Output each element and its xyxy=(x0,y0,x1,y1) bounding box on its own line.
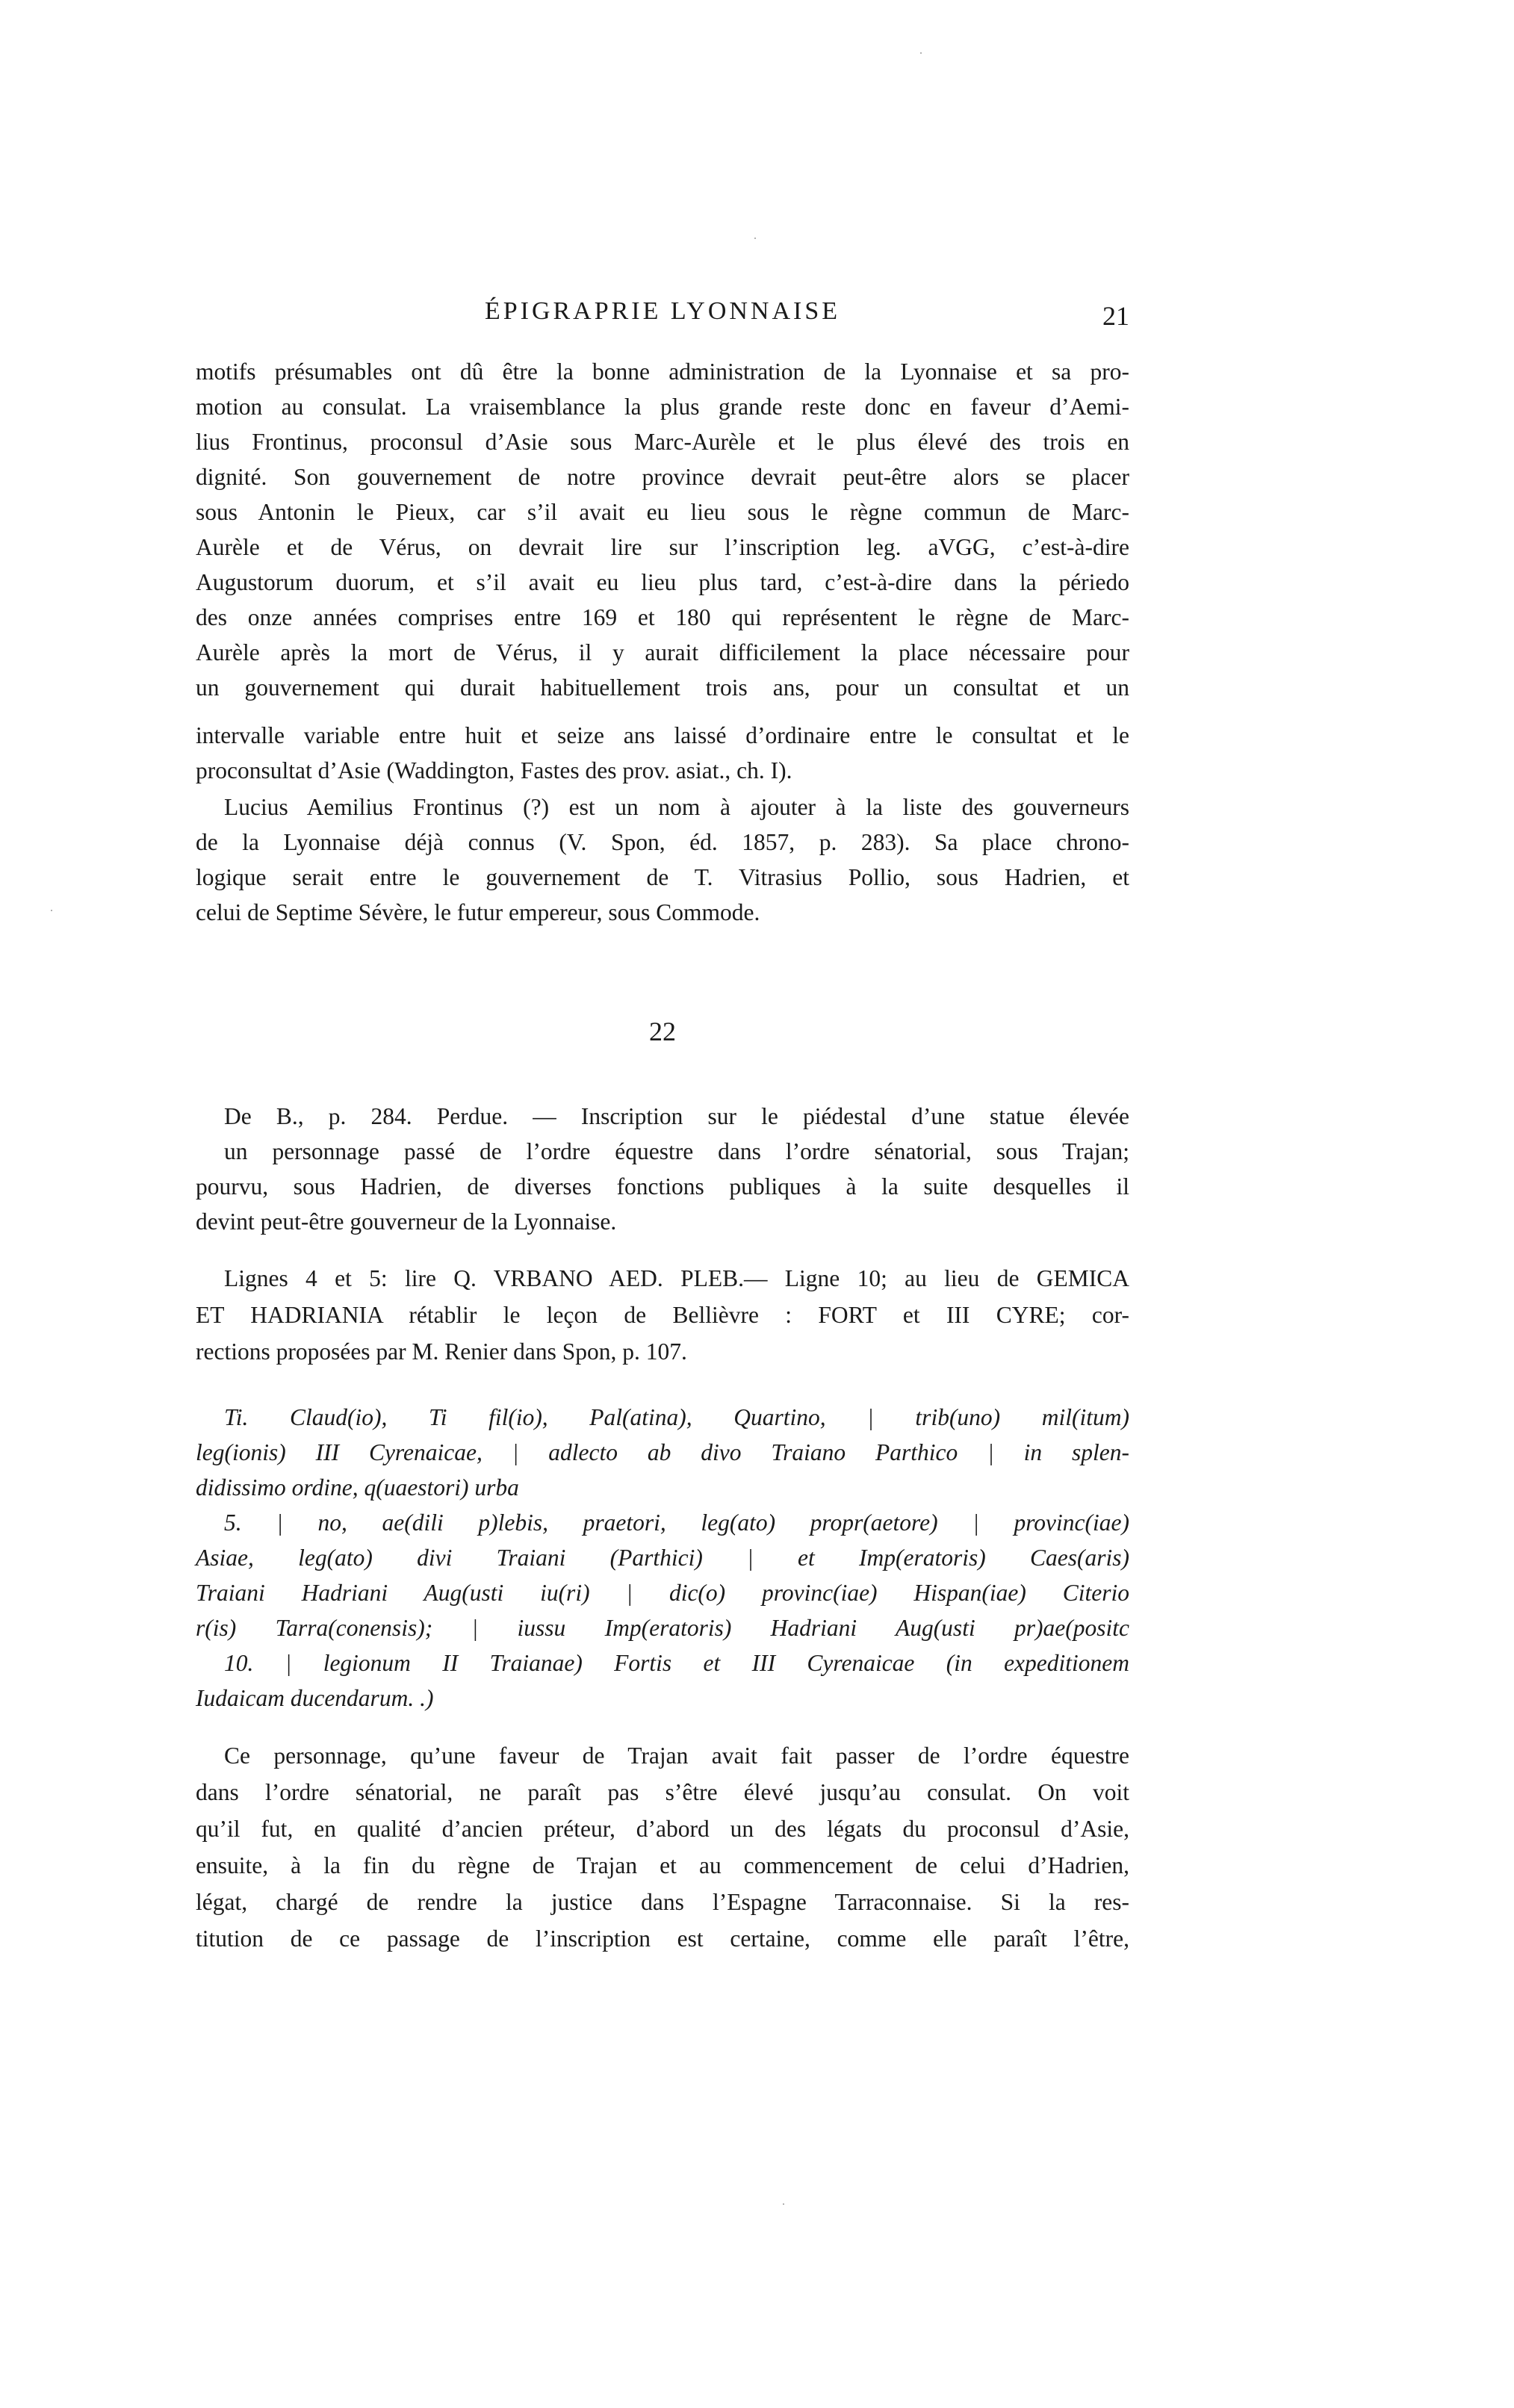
text-line: un gouvernement qui durait habituellemen… xyxy=(196,673,1129,703)
text-line: ensuite, à la fin du règne de Trajan et … xyxy=(196,1851,1129,1881)
text-line: titution de ce passage de l’inscription … xyxy=(196,1924,1129,1954)
page-header: ÉPIGRAPRIE LYONNAISE 21 xyxy=(196,297,1129,335)
text-line: des onze années comprises entre 169 et 1… xyxy=(196,603,1129,633)
inscription-line: Asiae, leg(ato) divi Traiani (Parthici) … xyxy=(196,1543,1129,1573)
inscription-line: Iudaicam ducendarum. .) xyxy=(196,1684,1129,1713)
entry-number: 22 xyxy=(196,1016,1129,1047)
text-line: dignité. Son gouvernement de notre provi… xyxy=(196,462,1129,492)
scan-speck xyxy=(783,2203,784,2205)
inscription-line: Ti. Claud(io), Ti fil(io), Pal(atina), Q… xyxy=(224,1403,1129,1433)
text-line: un personnage passé de l’ordre équestre … xyxy=(224,1137,1129,1167)
scan-speck xyxy=(754,238,756,239)
text-line: De B., p. 284. Perdue. — Inscription sur… xyxy=(224,1102,1129,1132)
running-title: ÉPIGRAPRIE LYONNAISE xyxy=(196,297,1129,326)
text-line: intervalle variable entre huit et seize … xyxy=(196,721,1129,751)
text-line: dans l’ordre sénatorial, ne paraît pas s… xyxy=(196,1778,1129,1807)
text-line: ET HADRIANIA rétablir le leçon de Belliè… xyxy=(196,1300,1129,1330)
text-line: lius Frontinus, proconsul d’Asie sous Ma… xyxy=(196,427,1129,457)
text-line: motion au consulat. La vraisemblance la … xyxy=(196,392,1129,422)
inscription-line: 5. | no, ae(dili p)lebis, praetori, leg(… xyxy=(224,1508,1129,1538)
page-number: 21 xyxy=(1102,300,1129,332)
text-line: pourvu, sous Hadrien, de diverses foncti… xyxy=(196,1172,1129,1202)
text-line: sous Antonin le Pieux, car s’il avait eu… xyxy=(196,497,1129,527)
text-line: légat, chargé de rendre la justice dans … xyxy=(196,1887,1129,1917)
text-line: Lucius Aemilius Frontinus (?) est un nom… xyxy=(224,792,1129,822)
inscription-line: leg(ionis) III Cyrenaicae, | adlecto ab … xyxy=(196,1438,1129,1468)
text-line: Aurèle après la mort de Vérus, il y aura… xyxy=(196,638,1129,668)
inscription-line: 10. | legionum II Traianae) Fortis et II… xyxy=(224,1648,1129,1678)
scan-speck xyxy=(920,52,922,54)
inscription-line: Traiani Hadriani Aug(usti iu(ri) | dic(o… xyxy=(196,1578,1129,1608)
text-line: celui de Septime Sévère, le futur empere… xyxy=(196,898,1129,928)
text-line: motifs présumables ont dû être la bonne … xyxy=(196,357,1129,387)
inscription-line: didissimo ordine, q(uaestori) urba xyxy=(196,1473,1129,1503)
text-line: Lignes 4 et 5: lire Q. VRBANO AED. PLEB.… xyxy=(224,1264,1129,1294)
scan-speck xyxy=(51,910,52,911)
scanned-book-page: ÉPIGRAPRIE LYONNAISE 21 motifs présumabl… xyxy=(0,0,1514,2408)
text-line: Augustorum duorum, et s’il avait eu lieu… xyxy=(196,568,1129,598)
text-line: Aurèle et de Vérus, on devrait lire sur … xyxy=(196,533,1129,562)
text-line: rections proposées par M. Renier dans Sp… xyxy=(196,1337,1129,1367)
text-line: logique serait entre le gouvernement de … xyxy=(196,863,1129,893)
text-line: proconsultat d’Asie (Waddington, Fastes … xyxy=(196,756,1129,786)
inscription-line: r(is) Tarra(conensis); | iussu Imp(erato… xyxy=(196,1613,1129,1643)
text-line: Ce personnage, qu’une faveur de Trajan a… xyxy=(224,1741,1129,1771)
text-line: qu’il fut, en qualité d’ancien préteur, … xyxy=(196,1814,1129,1844)
text-line: devint peut-être gouverneur de la Lyonna… xyxy=(196,1207,1129,1237)
text-line: de la Lyonnaise déjà connus (V. Spon, éd… xyxy=(196,828,1129,857)
